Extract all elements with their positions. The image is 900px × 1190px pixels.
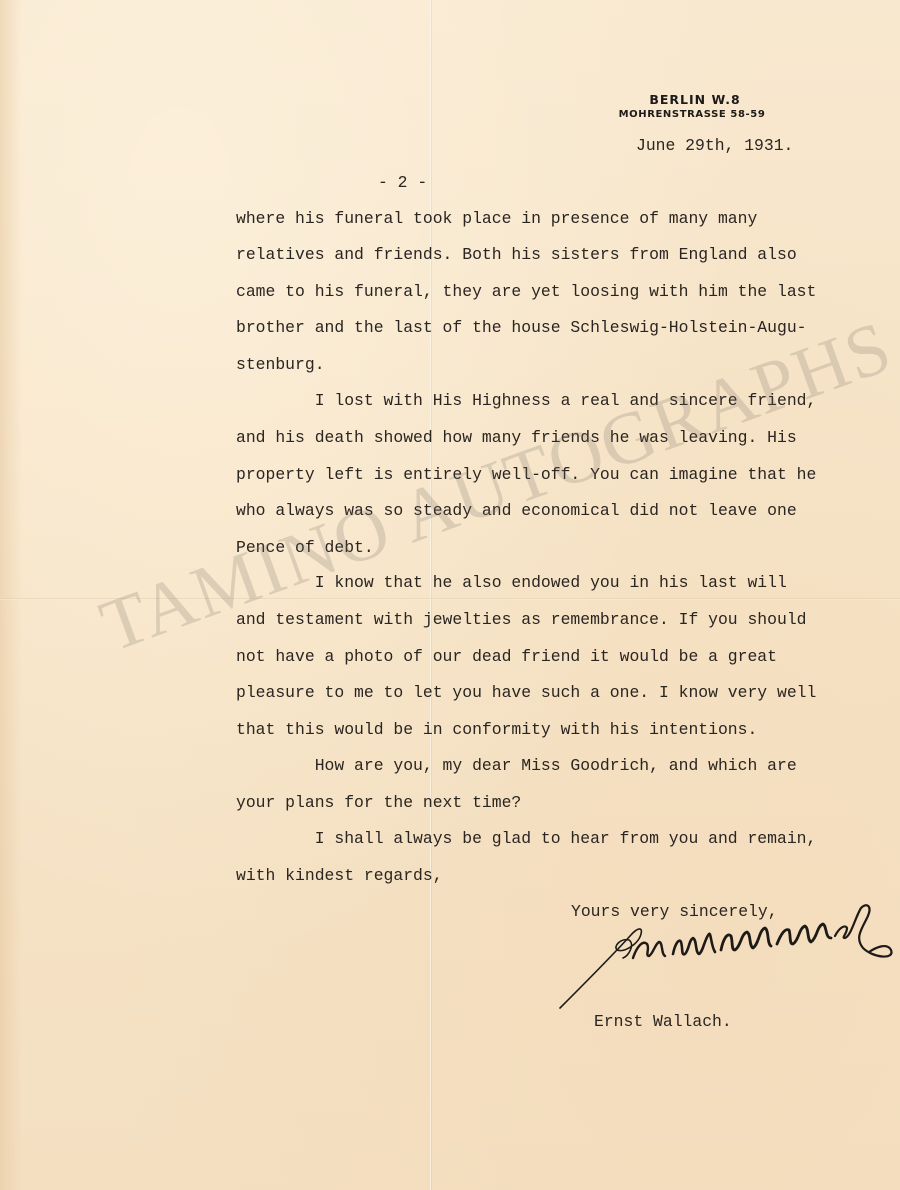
body-line: stenburg. bbox=[236, 355, 325, 374]
handwritten-signature bbox=[555, 898, 900, 1013]
body-line: that this would be in conformity with hi… bbox=[236, 720, 757, 739]
signatory-name: Ernst Wallach. bbox=[594, 1012, 732, 1031]
body-line: where his funeral took place in presence… bbox=[236, 209, 757, 228]
body-line: I shall always be glad to hear from you … bbox=[236, 829, 816, 848]
page-number: - 2 - bbox=[378, 173, 427, 192]
body-line: brother and the last of the house Schles… bbox=[236, 318, 807, 337]
body-line: pleasure to me to let you have such a on… bbox=[236, 683, 816, 702]
letterhead-city: BERLIN W.8 bbox=[600, 92, 790, 108]
body-line: How are you, my dear Miss Goodrich, and … bbox=[236, 756, 797, 775]
paper-edge-shadow bbox=[0, 0, 22, 1190]
letter-date: June 29th, 1931. bbox=[636, 136, 793, 155]
body-line: not have a photo of our dead friend it w… bbox=[236, 647, 777, 666]
vertical-fold-line bbox=[430, 0, 431, 1190]
body-line: your plans for the next time? bbox=[236, 793, 521, 812]
body-line: with kindest regards, bbox=[236, 866, 443, 885]
letterhead: BERLIN W.8 MOHRENSTRASSE 58-59 bbox=[600, 92, 790, 122]
body-line: relatives and friends. Both his sisters … bbox=[236, 245, 797, 264]
letter-page: BERLIN W.8 MOHRENSTRASSE 58-59 June 29th… bbox=[0, 0, 900, 1190]
letterhead-street: MOHRENSTRASSE 58-59 bbox=[594, 108, 790, 122]
body-line: and testament with jewelties as remembra… bbox=[236, 610, 807, 629]
body-line: came to his funeral, they are yet loosin… bbox=[236, 282, 816, 301]
